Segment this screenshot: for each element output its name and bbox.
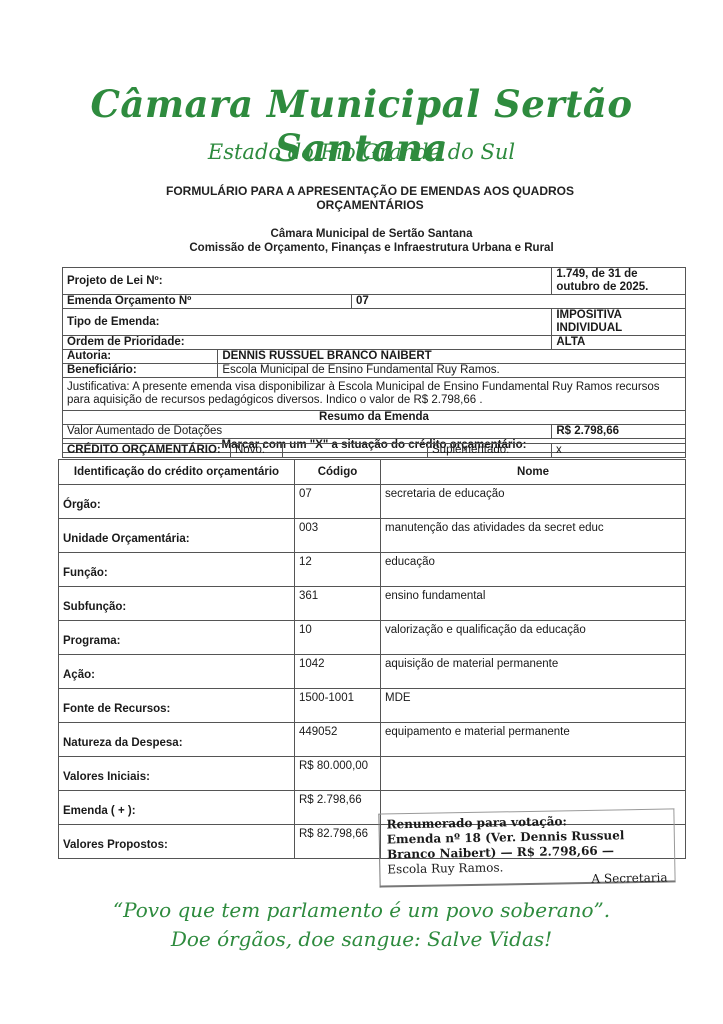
credit-row: Subfunção:361ensino fundamental [59,587,686,621]
motto-line1: “Povo que tem parlamento é um povo sober… [0,898,723,922]
tipo-value: IMPOSITIVA INDIVIDUAL [552,309,686,336]
state-subtitle: Estado do Rio Grande do Sul [0,140,723,164]
credit-identification-table: Identificação do crédito orçamentário Có… [58,459,686,859]
credit-header-row: Identificação do crédito orçamentário Có… [59,460,686,485]
credit-row-label: Fonte de Recursos: [59,689,295,723]
credit-row-code: 449052 [295,723,381,757]
suplementado-checkbox[interactable]: x [552,444,686,458]
credit-row-name: equipamento e material permanente [381,723,686,757]
credito-label: CRÉDITO ORÇAMENTÁRIO: [63,444,231,458]
org-line1: Câmara Municipal de Sertão Santana [0,227,723,241]
tipo-row: Tipo de Emenda: IMPOSITIVA INDIVIDUAL [63,309,686,336]
credit-row-label: Valores Propostos: [59,825,295,859]
emenda-label: Emenda Orçamento Nº [63,295,352,309]
credit-status-table: CRÉDITO ORÇAMENTÁRIO: Novo: Suplementado… [62,443,686,458]
justificativa-text: Justificativa: A presente emenda visa di… [63,378,686,411]
credit-row-code: 10 [295,621,381,655]
credit-row-name [381,757,686,791]
credit-status-row: CRÉDITO ORÇAMENTÁRIO: Novo: Suplementado… [63,444,686,458]
emenda-row: Emenda Orçamento Nº 07 [63,295,686,309]
credit-row-code: 003 [295,519,381,553]
credit-row-name: manutenção das atividades da secret educ [381,519,686,553]
valor-label: Valor Aumentado de Dotações [63,425,552,439]
autoria-label: Autoria: [63,350,218,364]
ordem-row: Ordem de Prioridade: ALTA [63,336,686,350]
credit-row-code: 12 [295,553,381,587]
credit-row-code: R$ 80.000,00 [295,757,381,791]
form-title: FORMULÁRIO PARA A APRESENTAÇÃO DE EMENDA… [120,184,620,212]
credit-row: Valores Iniciais:R$ 80.000,00 [59,757,686,791]
credit-row-label: Órgão: [59,485,295,519]
projeto-value: 1.749, de 31 de outubro de 2025. [552,268,686,295]
beneficiario-row: Beneficiário: Escola Municipal de Ensino… [63,364,686,378]
credit-row-name: MDE [381,689,686,723]
credit-row-name: valorização e qualificação da educação [381,621,686,655]
beneficiario-value: Escola Municipal de Ensino Fundamental R… [218,364,686,378]
credit-row-label: Unidade Orçamentária: [59,519,295,553]
beneficiario-label: Beneficiário: [63,364,218,378]
header-nome: Nome [381,460,686,485]
ordem-label: Ordem de Prioridade: [63,336,552,350]
motto-line2: Doe órgãos, doe sangue: Salve Vidas! [0,927,723,951]
credit-row-code: R$ 2.798,66 [295,791,381,825]
credit-row: Ação:1042aquisição de material permanent… [59,655,686,689]
org-line2: Comissão de Orçamento, Finanças e Infrae… [0,241,723,255]
credit-row: Natureza da Despesa:449052equipamento e … [59,723,686,757]
credit-row-label: Natureza da Despesa: [59,723,295,757]
credit-row-code: 07 [295,485,381,519]
ordem-value: ALTA [552,336,686,350]
credit-row-code: R$ 82.798,66 [295,825,381,859]
credit-row-label: Programa: [59,621,295,655]
tipo-label: Tipo de Emenda: [63,309,552,336]
form-title-line1: FORMULÁRIO PARA A APRESENTAÇÃO DE EMENDA… [120,184,620,198]
credit-row-label: Ação: [59,655,295,689]
organization: Câmara Municipal de Sertão Santana Comis… [0,227,723,255]
suplementado-label: Suplementado: [428,444,552,458]
credit-row: Programa:10valorização e qualificação da… [59,621,686,655]
form-title-line2: ORÇAMENTÁRIOS [120,198,620,212]
credit-row-name: ensino fundamental [381,587,686,621]
amendment-details-table: Projeto de Lei Nº: 1.749, de 31 de outub… [62,267,686,453]
credit-row-label: Emenda ( + ): [59,791,295,825]
header-codigo: Código [295,460,381,485]
header-identificacao: Identificação do crédito orçamentário [59,460,295,485]
autoria-value: DENNIS RUSSUEL BRANCO NAIBERT [218,350,686,364]
valor-row: Valor Aumentado de Dotações R$ 2.798,66 [63,425,686,439]
credit-row-name: secretaria de educação [381,485,686,519]
projeto-label: Projeto de Lei Nº: [63,268,552,295]
credit-row: Órgão:07secretaria de educação [59,485,686,519]
credit-row-name: educação [381,553,686,587]
autoria-row: Autoria: DENNIS RUSSUEL BRANCO NAIBERT [63,350,686,364]
credit-row: Função:12educação [59,553,686,587]
credit-row-label: Função: [59,553,295,587]
renumbering-stamp: Renumerado para votação: Emenda nº 18 (V… [378,808,675,887]
credit-row-name: aquisição de material permanente [381,655,686,689]
resumo-header: Resumo da Emenda [63,411,686,425]
resumo-header-row: Resumo da Emenda [63,411,686,425]
novo-label: Novo: [231,444,283,458]
justificativa-row: Justificativa: A presente emenda visa di… [63,378,686,411]
credit-row: Unidade Orçamentária:003manutenção das a… [59,519,686,553]
credit-row-code: 1500-1001 [295,689,381,723]
valor-value: R$ 2.798,66 [552,425,686,439]
novo-checkbox[interactable] [283,444,428,458]
credit-row-code: 1042 [295,655,381,689]
emenda-value: 07 [351,295,685,309]
credit-row-label: Valores Iniciais: [59,757,295,791]
credit-row-code: 361 [295,587,381,621]
credit-row-label: Subfunção: [59,587,295,621]
credit-row: Fonte de Recursos:1500-1001MDE [59,689,686,723]
projeto-row: Projeto de Lei Nº: 1.749, de 31 de outub… [63,268,686,295]
